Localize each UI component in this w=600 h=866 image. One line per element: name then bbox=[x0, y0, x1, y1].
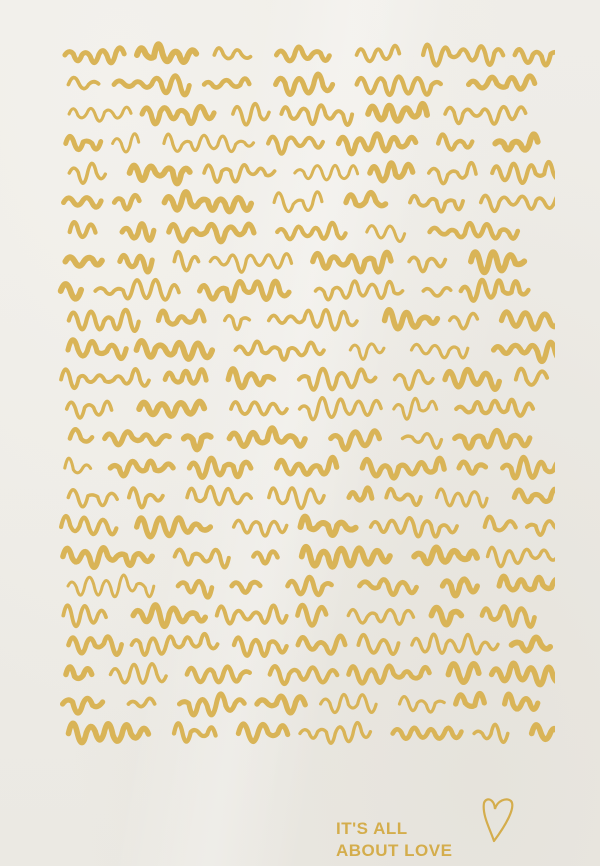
script-stroke bbox=[357, 46, 400, 62]
script-stroke bbox=[204, 79, 249, 88]
script-stroke bbox=[302, 547, 390, 567]
script-stroke bbox=[349, 488, 372, 500]
script-stroke bbox=[438, 135, 472, 150]
script-stroke bbox=[316, 281, 403, 300]
script-stroke bbox=[474, 724, 508, 742]
script-stroke bbox=[281, 105, 352, 125]
script-stroke bbox=[445, 107, 525, 124]
script-stroke bbox=[471, 252, 524, 272]
script-stroke bbox=[276, 74, 333, 94]
script-stroke bbox=[423, 288, 450, 296]
script-stroke bbox=[200, 281, 289, 301]
script-stroke bbox=[492, 663, 555, 684]
script-stroke bbox=[503, 457, 556, 478]
script-stroke bbox=[456, 400, 533, 416]
script-stroke bbox=[412, 344, 468, 358]
script-stroke bbox=[527, 518, 555, 535]
script-stroke bbox=[120, 255, 152, 272]
script-stroke bbox=[70, 429, 92, 441]
script-stroke bbox=[234, 638, 287, 656]
script-stroke bbox=[298, 605, 327, 625]
script-stroke bbox=[339, 134, 416, 154]
script-stroke bbox=[63, 698, 103, 713]
script-stroke bbox=[346, 193, 386, 206]
script-stroke bbox=[66, 136, 101, 149]
script-stroke bbox=[132, 634, 218, 655]
script-stroke bbox=[137, 518, 211, 537]
script-stroke bbox=[360, 579, 417, 594]
script-stroke bbox=[95, 280, 179, 300]
script-stroke bbox=[443, 579, 478, 596]
script-stroke bbox=[515, 48, 555, 66]
script-stroke bbox=[299, 369, 375, 390]
script-stroke bbox=[532, 725, 555, 742]
script-stroke bbox=[358, 635, 398, 654]
script-stroke bbox=[367, 226, 405, 242]
script-stroke bbox=[385, 310, 438, 329]
script-stroke bbox=[394, 398, 437, 419]
script-stroke bbox=[110, 461, 173, 476]
script-stroke bbox=[456, 694, 485, 707]
script-stroke bbox=[105, 432, 170, 445]
script-stroke bbox=[189, 458, 251, 477]
script-stroke bbox=[114, 195, 139, 209]
script-stroke bbox=[69, 163, 105, 183]
script-stroke bbox=[67, 401, 112, 418]
script-stroke bbox=[65, 48, 124, 63]
script-stroke bbox=[409, 257, 445, 271]
script-stroke bbox=[63, 548, 152, 567]
script-stroke bbox=[499, 576, 555, 592]
script-stroke bbox=[175, 550, 229, 568]
script-stroke bbox=[269, 310, 357, 330]
script-stroke bbox=[66, 667, 92, 679]
gold-script-print bbox=[55, 40, 555, 760]
script-stroke bbox=[210, 254, 291, 272]
script-stroke bbox=[257, 696, 305, 713]
script-stroke bbox=[70, 222, 96, 237]
script-stroke bbox=[113, 134, 139, 152]
script-stroke bbox=[129, 488, 163, 507]
script-stroke bbox=[295, 165, 358, 179]
script-stroke bbox=[362, 458, 444, 478]
script-stroke bbox=[65, 257, 102, 266]
script-stroke bbox=[450, 313, 478, 328]
script-stroke bbox=[69, 637, 122, 655]
script-stroke bbox=[277, 223, 345, 239]
script-stroke bbox=[298, 636, 345, 654]
script-stroke bbox=[184, 435, 211, 449]
script-stroke bbox=[65, 458, 91, 473]
script-stroke bbox=[313, 252, 391, 272]
script-stroke bbox=[403, 434, 442, 448]
script-stroke bbox=[137, 44, 196, 62]
script-stroke bbox=[492, 162, 555, 183]
script-stroke bbox=[495, 134, 537, 149]
script-stroke bbox=[414, 548, 477, 564]
script-stroke bbox=[64, 198, 102, 208]
script-stroke bbox=[238, 724, 287, 742]
script-stroke bbox=[488, 547, 555, 566]
script-stroke bbox=[400, 697, 445, 713]
script-stroke bbox=[169, 224, 254, 242]
script-stroke bbox=[253, 552, 277, 564]
script-stroke bbox=[225, 316, 250, 330]
script-stroke bbox=[481, 195, 555, 211]
script-stroke bbox=[410, 196, 463, 212]
script-stroke bbox=[228, 369, 273, 388]
script-stroke bbox=[179, 694, 244, 715]
script-stroke bbox=[288, 577, 332, 595]
script-stroke bbox=[111, 664, 167, 683]
script-stroke bbox=[231, 402, 287, 415]
script-stroke bbox=[277, 457, 337, 474]
script-stroke bbox=[137, 341, 213, 359]
script-stroke bbox=[142, 106, 214, 123]
script-stroke bbox=[512, 637, 551, 650]
script-stroke bbox=[300, 398, 382, 420]
script-stroke bbox=[68, 575, 154, 597]
script-stroke bbox=[63, 605, 106, 626]
script-stroke bbox=[174, 723, 216, 741]
script-stroke bbox=[122, 224, 154, 240]
script-stroke bbox=[61, 369, 149, 388]
script-stroke bbox=[139, 402, 204, 416]
script-stroke bbox=[412, 634, 498, 654]
script-stroke bbox=[370, 163, 413, 181]
script-stroke bbox=[423, 45, 503, 66]
script-stroke bbox=[129, 698, 155, 706]
script-stroke bbox=[459, 462, 486, 473]
script-stroke bbox=[69, 310, 139, 331]
script-stroke bbox=[430, 223, 518, 238]
script-stroke bbox=[437, 489, 488, 507]
script-stroke bbox=[174, 252, 198, 271]
script-stroke bbox=[61, 516, 116, 534]
script-stroke bbox=[130, 166, 190, 184]
script-stroke bbox=[502, 310, 556, 329]
script-stroke bbox=[69, 107, 131, 121]
script-stroke bbox=[69, 723, 149, 742]
script-stroke bbox=[455, 430, 530, 448]
script-stroke bbox=[178, 581, 212, 597]
script-stroke bbox=[61, 284, 81, 299]
script-stroke bbox=[234, 520, 287, 536]
script-stroke bbox=[300, 723, 370, 744]
script-stroke bbox=[429, 163, 476, 184]
script-stroke bbox=[187, 487, 251, 505]
script-stroke bbox=[368, 104, 427, 121]
script-stroke bbox=[68, 490, 117, 507]
script-stroke bbox=[236, 342, 324, 360]
script-stroke bbox=[268, 137, 323, 154]
script-stroke bbox=[494, 342, 555, 361]
script-stroke bbox=[485, 517, 516, 531]
script-stroke bbox=[229, 428, 305, 446]
script-stroke bbox=[187, 667, 250, 682]
script-stroke bbox=[348, 610, 413, 625]
script-stroke bbox=[386, 489, 421, 505]
script-stroke bbox=[233, 104, 269, 125]
script-stroke bbox=[349, 666, 430, 683]
script-stroke bbox=[68, 340, 126, 359]
script-stroke bbox=[276, 47, 329, 61]
script-stroke bbox=[505, 694, 538, 709]
script-stroke bbox=[301, 517, 356, 535]
script-stroke bbox=[133, 605, 205, 626]
script-stroke bbox=[331, 431, 380, 449]
script-stroke bbox=[395, 371, 433, 390]
script-stroke bbox=[482, 606, 535, 626]
script-stroke bbox=[270, 666, 337, 684]
slogan-line-2: ABOUT LOVE bbox=[336, 840, 452, 862]
script-stroke bbox=[445, 370, 499, 390]
script-stroke bbox=[217, 605, 287, 623]
script-stroke bbox=[321, 694, 377, 712]
script-stroke bbox=[469, 76, 535, 89]
script-stroke bbox=[114, 76, 189, 95]
script-stroke bbox=[232, 582, 260, 592]
slogan-line-1: IT'S ALL bbox=[336, 818, 452, 840]
script-stroke bbox=[158, 311, 204, 324]
script-stroke bbox=[269, 488, 324, 508]
script-stroke bbox=[164, 192, 251, 212]
script-stroke bbox=[165, 370, 206, 384]
script-stroke bbox=[164, 134, 254, 151]
script-stroke bbox=[274, 192, 322, 212]
script-stroke bbox=[431, 608, 461, 625]
script-stroke bbox=[514, 489, 555, 502]
script-stroke bbox=[371, 518, 457, 537]
script-stroke bbox=[461, 280, 529, 301]
script-stroke bbox=[214, 48, 250, 59]
script-stroke bbox=[393, 728, 462, 739]
script-stroke bbox=[357, 77, 441, 95]
script-stroke bbox=[516, 369, 547, 385]
script-stroke bbox=[350, 344, 384, 359]
heart-icon bbox=[480, 795, 516, 845]
script-stroke bbox=[448, 664, 478, 682]
slogan-text: IT'S ALL ABOUT LOVE bbox=[336, 818, 452, 862]
script-stroke bbox=[204, 165, 275, 182]
script-stroke bbox=[68, 78, 98, 89]
